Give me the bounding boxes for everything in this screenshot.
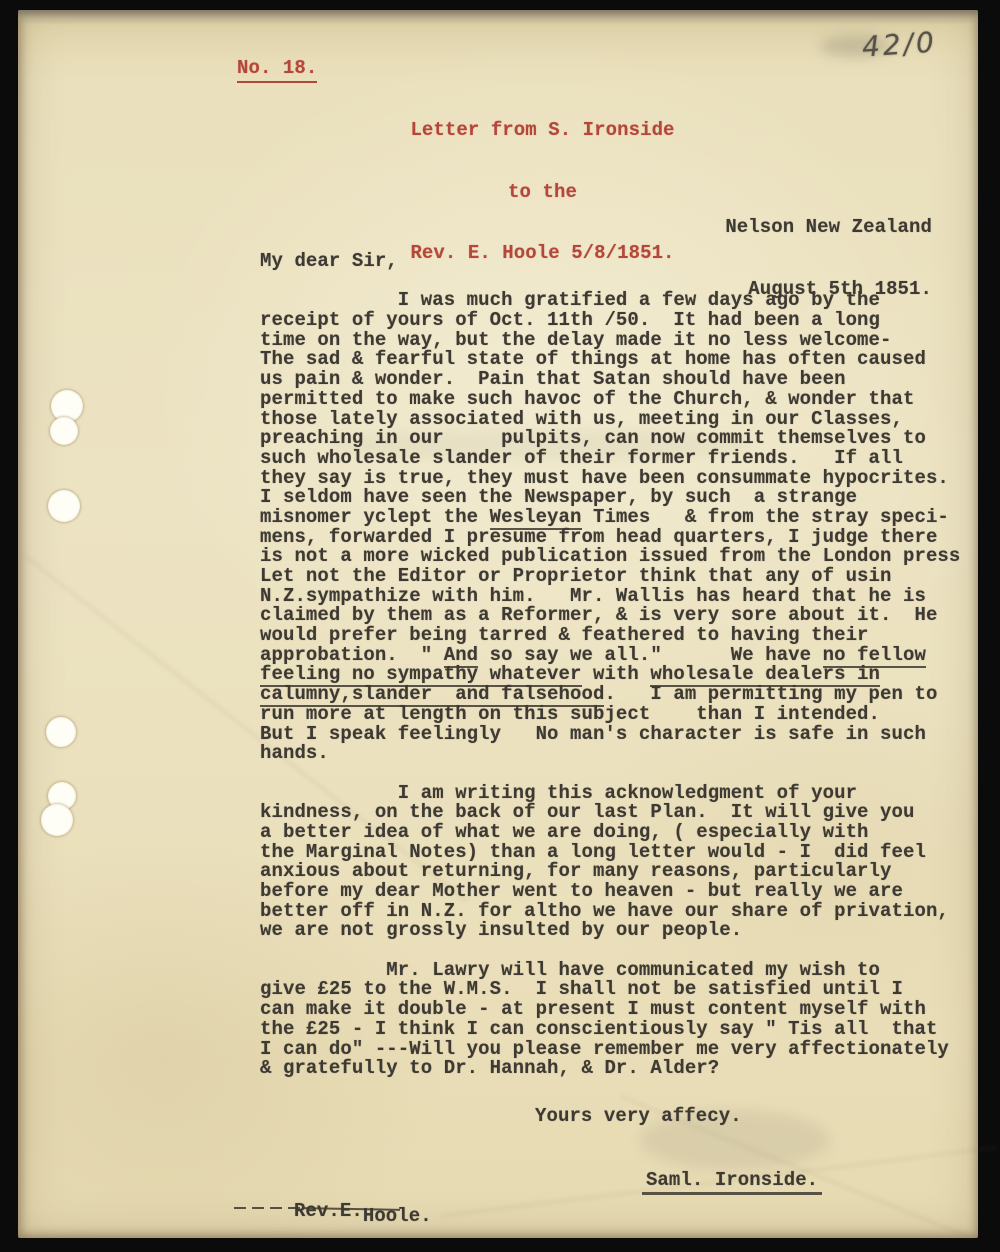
- text-segment: so say we all." We have: [478, 644, 822, 666]
- text-segment: the £25 - I think I can conscientiously …: [260, 1018, 937, 1040]
- text-segment: time on the way, but the delay made it n…: [260, 329, 892, 351]
- text-segment: I seldom have seen the Newspaper, by suc…: [260, 486, 857, 508]
- letter-body: My dear Sir, I was much gratified a few …: [260, 252, 980, 1079]
- text-segment: kindness, on the back of our last Plan. …: [260, 801, 914, 823]
- text-segment: Let not the Editor or Proprietor think t…: [260, 565, 892, 587]
- signature: Saml. Ironside.: [596, 1147, 822, 1213]
- text-segment: they say is true, they must have been co…: [260, 467, 949, 489]
- letter-line: we are not grossly insulted by our peopl…: [260, 921, 980, 941]
- letter-line: hands.: [260, 744, 980, 764]
- addressee-underline-dashed: [234, 1207, 304, 1209]
- punch-hole: [41, 804, 73, 836]
- punch-hole: [46, 717, 76, 747]
- text-segment: preaching in our pulpits, can now commit…: [260, 427, 926, 449]
- text-segment: The sad & fearful state of things at hom…: [260, 348, 926, 370]
- text-segment: & gratefully to Dr. Hannah, & Dr. Alder?: [260, 1057, 719, 1079]
- text-segment: such wholesale slander of their former f…: [260, 447, 903, 469]
- text-segment: give £25 to the W.M.S. I shall not be sa…: [260, 978, 903, 1000]
- title-line-1: Letter from S. Ironside: [370, 120, 715, 141]
- text-segment: permitted to make such havoc of the Chur…: [260, 388, 914, 410]
- title-line-2: to the: [370, 182, 715, 203]
- punch-hole: [50, 417, 78, 445]
- text-segment: misnomer yclept the: [260, 506, 490, 528]
- text-segment: But I speak feelingly No man's character…: [260, 723, 926, 745]
- text-segment: before my dear Mother went to heaven - b…: [260, 880, 903, 902]
- text-segment: My dear Sir,: [260, 250, 398, 272]
- text-segment: Mr. Lawry will have communicated my wish…: [260, 959, 880, 981]
- text-segment: run more at length on this subject than …: [260, 703, 880, 725]
- letter-line: My dear Sir,: [260, 252, 980, 272]
- valediction: Yours very affecy.: [535, 1105, 742, 1127]
- text-segment: those lately associated with us, meeting…: [260, 408, 903, 430]
- text-segment: claimed by them as a Reformer, & is very…: [260, 604, 937, 626]
- text-segment: anxious about returning, for many reason…: [260, 860, 892, 882]
- text-segment: would prefer being tarred & feathered to…: [260, 624, 869, 646]
- text-segment: is not a more wicked publication issued …: [260, 545, 960, 567]
- red-divider-rule: [389, 153, 711, 157]
- addressee: Rev.E.Hoole.: [248, 1178, 432, 1244]
- text-segment: approbation. ": [260, 644, 444, 666]
- paper-top-edge: [18, 10, 978, 25]
- text-segment: better off in N.Z. for altho we have our…: [260, 900, 949, 922]
- scanned-letter-page: 42/0 No. 18. Letter from S. Ironside to …: [0, 0, 1000, 1252]
- letter-line: & gratefully to Dr. Hannah, & Dr. Alder?: [260, 1059, 980, 1079]
- text-segment: N.Z.sympathize with him. Mr. Wallis has …: [260, 585, 926, 607]
- text-segment: us pain & wonder. Pain that Satan should…: [260, 368, 846, 390]
- text-segment: we are not grossly insulted by our peopl…: [260, 919, 742, 941]
- text-segment: . I am permitting my pen to: [604, 683, 937, 705]
- text-segment: receipt of yours of Oct. 11th /50. It ha…: [260, 309, 880, 331]
- letter-line: But I speak feelingly No man's character…: [260, 725, 980, 745]
- handwritten-archive-number: 42/0: [861, 25, 938, 63]
- addressee-part1: Rev.E.: [294, 1200, 363, 1222]
- text-segment: the Marginal Notes) than a long letter w…: [260, 841, 926, 863]
- text-segment: I was much gratified a few days ago by t…: [260, 289, 880, 311]
- text-segment: hands.: [260, 742, 329, 764]
- punch-hole: [48, 490, 80, 522]
- signature-text: Saml. Ironside.: [642, 1169, 822, 1195]
- document-number: No. 18.: [237, 57, 317, 83]
- text-segment: I can do" ---Will you please remember me…: [260, 1038, 949, 1060]
- dateline-place: Nelson New Zealand: [700, 217, 932, 238]
- text-segment: mens, forwarded I presume from head quar…: [260, 526, 937, 548]
- text-segment: can make it double - at present I must c…: [260, 998, 926, 1020]
- text-segment: with: [582, 663, 651, 685]
- text-segment: I am writing this acknowledgment of your: [260, 782, 857, 804]
- text-segment: Times & from the stray speci-: [582, 506, 949, 528]
- text-segment: a better idea of what we are doing, ( es…: [260, 821, 869, 843]
